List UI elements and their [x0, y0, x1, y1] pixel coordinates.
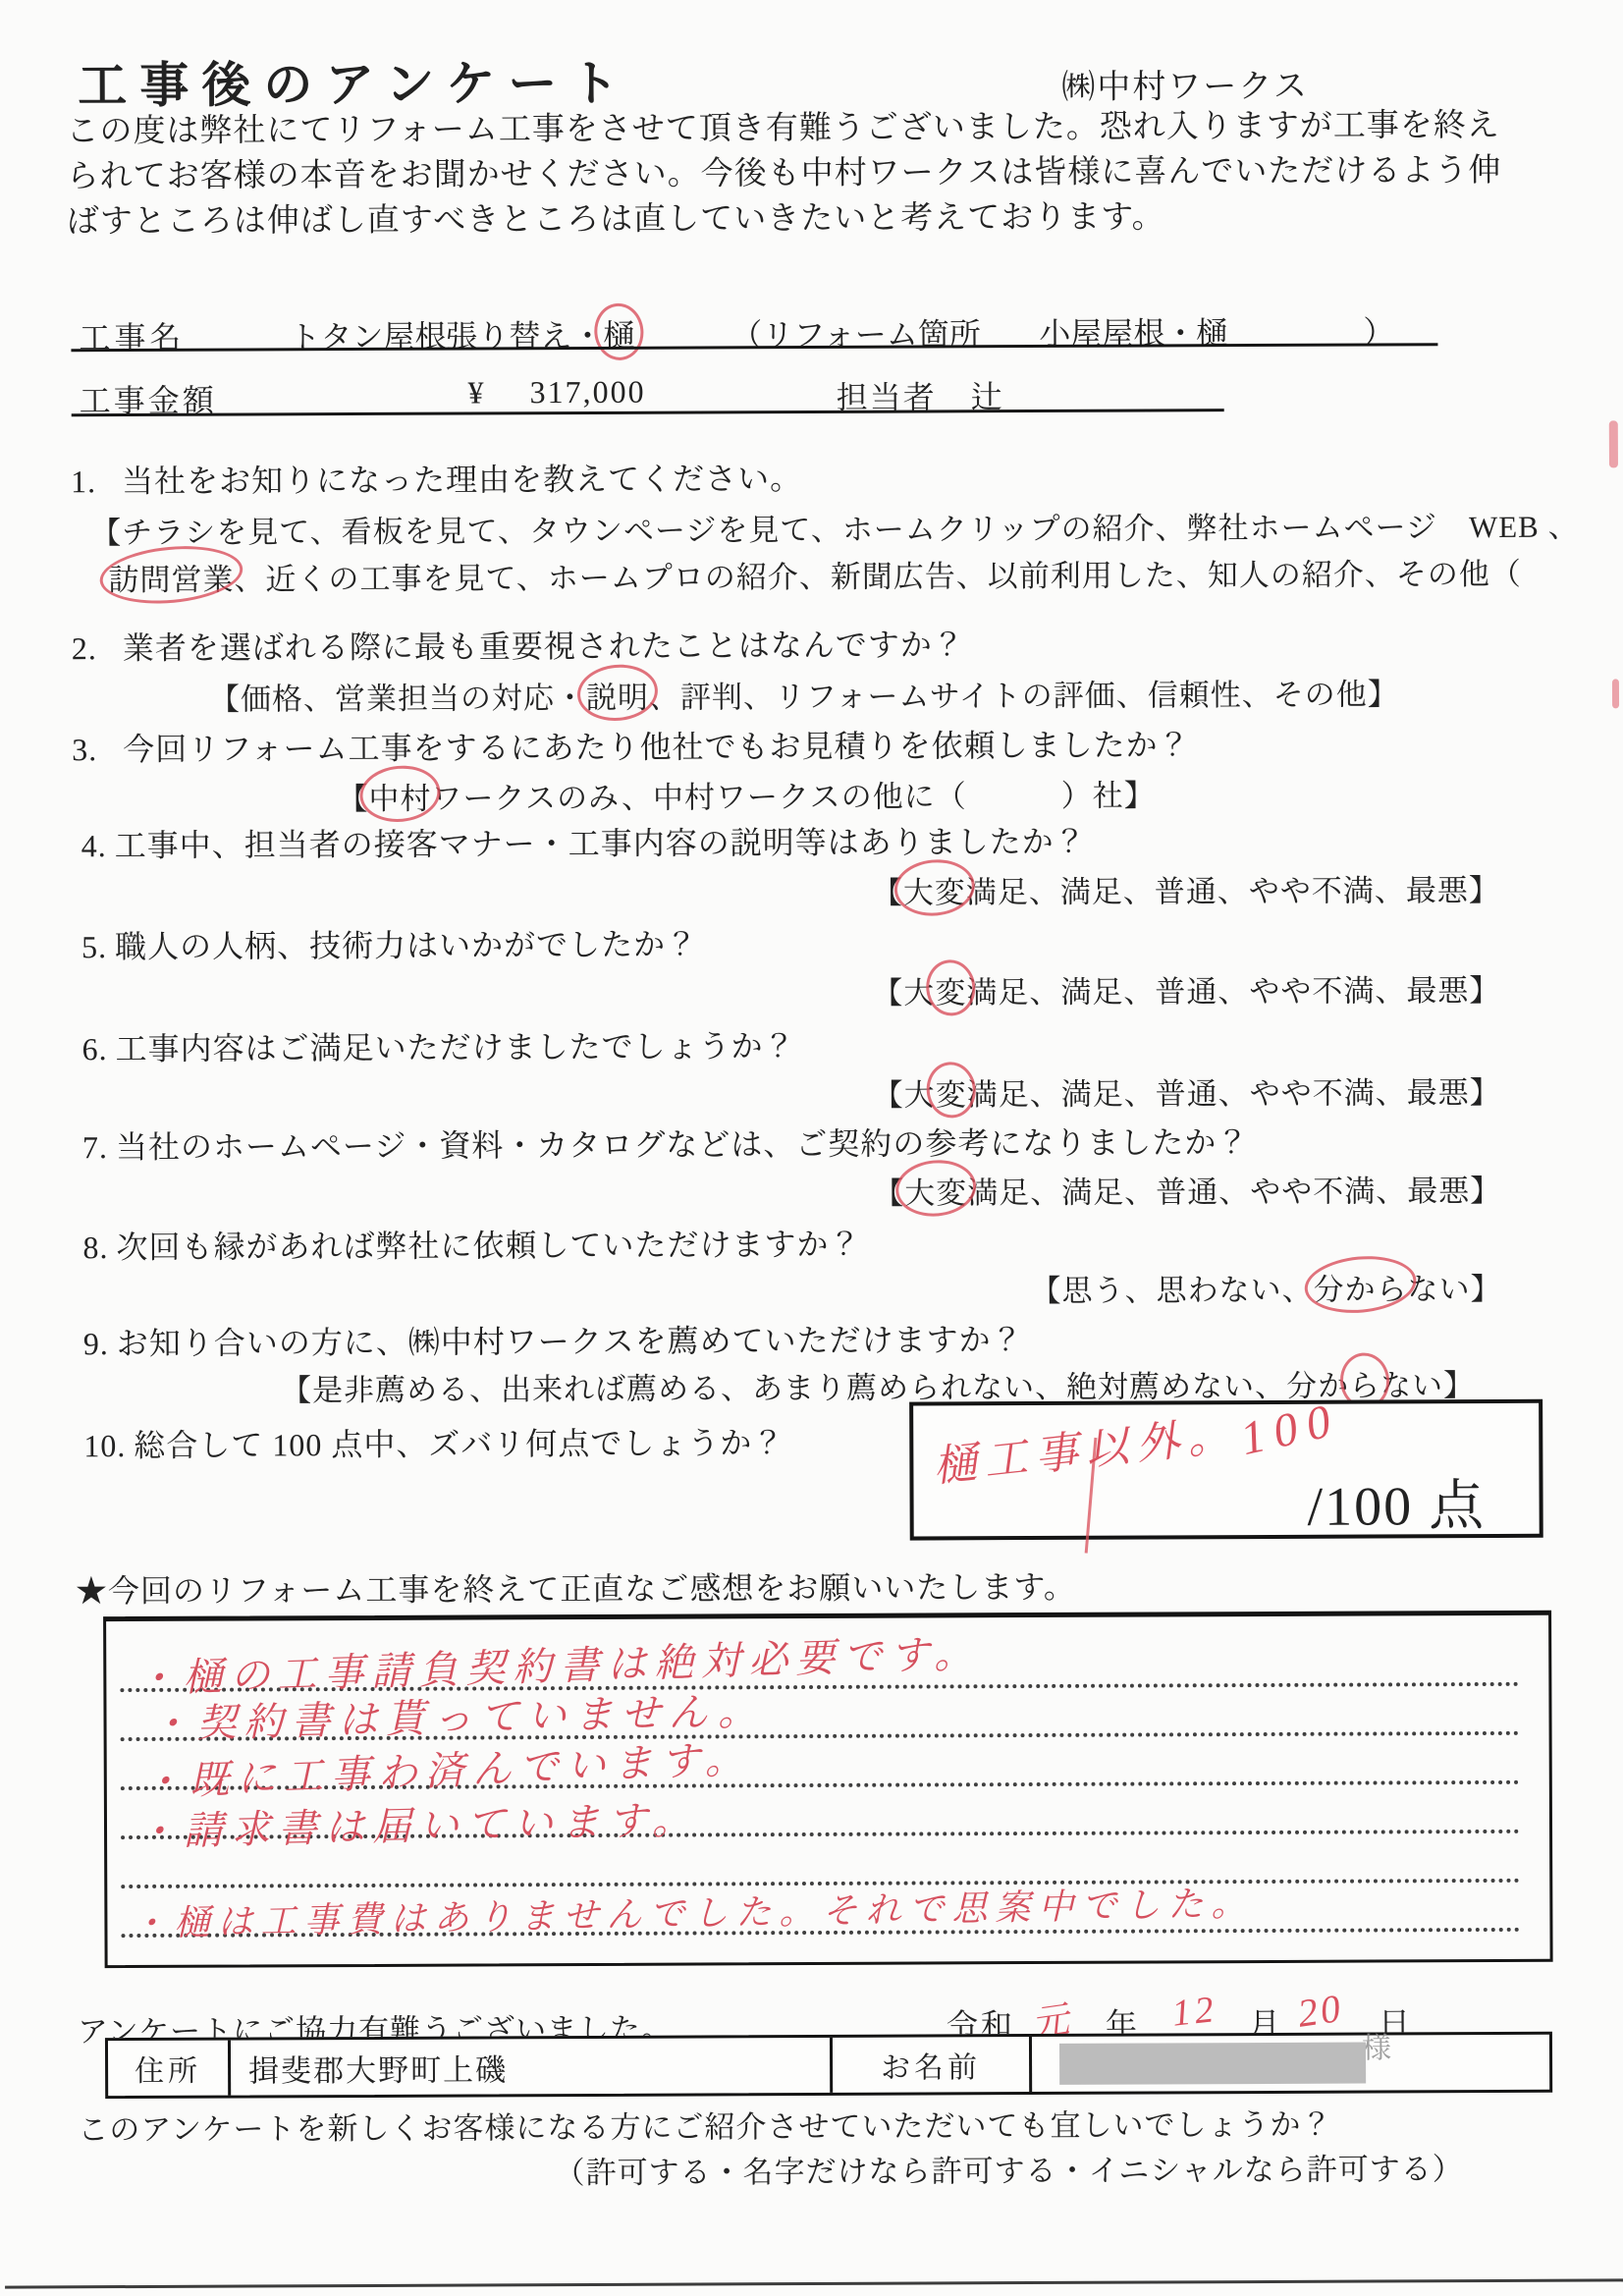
- feedback-box: ・樋の工事請負契約書は絶対必要です。 ・契約書は貰っていません。 ・既に工事わ済…: [103, 1611, 1553, 1968]
- construction-name-label: 工事名: [79, 313, 185, 358]
- text-segment: 【チラシを見て、看板を見て、タウンページを見て、ホームクリップの紹介、弊社ホーム…: [90, 510, 1579, 551]
- question-8-text: 次回も縁があれば弊社に依頼していただけますか？: [116, 1227, 861, 1265]
- text-segment: 満足、満足、普通、やや不満、最悪】: [966, 973, 1500, 1010]
- red-circle-mark: 説明: [586, 673, 649, 717]
- name-suffix-faint: 様: [1362, 2023, 1391, 2066]
- text-segment: ワークスのみ、中村ワークスの他に（ ）社】: [431, 778, 1155, 815]
- name-label: お名前: [833, 2037, 1032, 2093]
- underline-rule: [72, 409, 1224, 416]
- address-label: 住所: [108, 2041, 231, 2097]
- scanned-survey-page: 工事後のアンケート ㈱中村ワークス この度は弊社にてリフォーム工事をさせて頂き有…: [0, 0, 1623, 2296]
- question-1-number: 1.: [71, 464, 96, 499]
- intro-line-3: ばすところは伸ばし直すべきところは直していきたいと考えております。: [67, 193, 1502, 245]
- question-7-options: 【大変満足、満足、普通、やや不満、最悪】: [873, 1166, 1501, 1213]
- red-circle-mark: ら: [1349, 1360, 1380, 1404]
- question-5-number: 5.: [81, 929, 107, 964]
- text-segment: 【: [873, 1176, 904, 1211]
- date-day-value-handwritten: 20: [1295, 1985, 1346, 2037]
- question-9-number: 9.: [83, 1326, 109, 1361]
- permission-question: このアンケートを新しくお客様になる方にご紹介させていただいても宜しいでしょうか？: [78, 2100, 1332, 2150]
- question-9-text: お知り合いの方に、㈱中村ワークスを薦めていただけますか？: [117, 1322, 1024, 1361]
- text-segment: 、近くの工事を見て、ホームプロの紹介、新聞広告、以前利用した、知人の紹介、その他…: [234, 556, 1623, 597]
- question-2: 2.業者を選ばれる際に最も重要視されたことはなんですか？: [72, 620, 965, 669]
- question-4-text: 工事中、担当者の接客マナー・工事内容の説明等はありましたか？: [115, 824, 1087, 863]
- reform-location-value: 小屋屋根・樋: [1039, 308, 1227, 355]
- amount-currency: ¥: [468, 374, 484, 410]
- feedback-line-4: ・請求書は届いています。: [135, 1789, 699, 1857]
- question-8-number: 8.: [82, 1230, 108, 1265]
- text-segment: 【価格、営業担当の対応・: [209, 681, 586, 717]
- address-value: 揖斐郡大野町上磯: [231, 2038, 833, 2096]
- construction-name-value: トタン屋根張り替え・樋: [289, 311, 634, 358]
- red-circle-mark: 中村: [368, 774, 431, 818]
- text-segment: ない】: [1408, 1272, 1502, 1306]
- intro-paragraph: この度は弊社にてリフォーム工事をさせて頂き有難うございました。恐れ入りますが工事…: [66, 103, 1501, 245]
- permission-options: （許可する・名字だけなら許可する・イニシャルなら許可する）: [554, 2144, 1463, 2192]
- question-10-number: 10.: [83, 1428, 126, 1463]
- text-segment: 【大: [872, 975, 935, 1010]
- customer-info-table: 住所 揖斐郡大野町上磯 お名前 様: [105, 2032, 1552, 2099]
- text-segment: 【: [337, 782, 368, 816]
- question-7-text: 当社のホームページ・資料・カタログなどは、ご契約の参考になりましたか？: [116, 1124, 1250, 1165]
- amount-value: 317,000: [530, 374, 646, 411]
- text-segment: ない】: [1380, 1368, 1475, 1402]
- question-8: 8.次回も縁があれば弊社に依頼していただけますか？: [82, 1220, 861, 1268]
- question-1-options-line-1: 【チラシを見て、看板を見て、タウンページを見て、ホームクリップの紹介、弊社ホーム…: [90, 502, 1579, 553]
- question-5-options: 【大変満足、満足、普通、やや不満、最悪】: [872, 965, 1500, 1012]
- red-circle-mark: 訪問営業: [108, 555, 234, 600]
- question-7: 7.当社のホームページ・資料・カタログなどは、ご契約の参考になりましたか？: [82, 1118, 1250, 1168]
- question-2-options: 【価格、営業担当の対応・説明、評判、リフォームサイトの評価、信頼性、その他】: [209, 669, 1399, 718]
- question-6-options: 【大変満足、満足、普通、やや不満、最悪】: [873, 1067, 1501, 1115]
- paper-sheet: 工事後のアンケート ㈱中村ワークス この度は弊社にてリフォーム工事をさせて頂き有…: [0, 0, 1623, 2296]
- question-7-number: 7.: [82, 1129, 108, 1165]
- question-2-text: 業者を選ばれる際に最も重要視されたことはなんですか？: [123, 627, 965, 666]
- question-3: 3.今回リフォーム工事をするにあたり他社でもお見積りを依頼しましたか？: [72, 720, 1191, 770]
- question-1: 1.当社をお知りになった理由を教えてください。: [71, 454, 802, 502]
- text-segment: 【: [872, 876, 903, 910]
- question-6: 6.工事内容はご満足いただけましたでしょうか？: [81, 1021, 795, 1069]
- question-8-options: 【思う、思わない、分からない】: [1031, 1264, 1502, 1310]
- red-circle-mark: 変: [935, 967, 966, 1011]
- red-circle-mark: 変: [936, 1069, 967, 1114]
- text-segment: 満足、満足、普通、やや不満、最悪】: [966, 873, 1500, 909]
- company-name: ㈱中村ワークス: [1061, 59, 1309, 108]
- date-month-value-handwritten: 12: [1170, 1988, 1220, 2036]
- question-1-options-line-2: 訪問営業、近くの工事を見て、ホームプロの紹介、新聞広告、以前利用した、知人の紹介…: [108, 548, 1623, 599]
- question-5: 5.職人の人柄、技術力はいかがでしたか？: [81, 920, 698, 968]
- name-redaction: [1059, 2043, 1366, 2085]
- question-5-text: 職人の人柄、技術力はいかがでしたか？: [115, 927, 698, 965]
- text-segment: 【大: [873, 1077, 936, 1112]
- question-4-options: 【大変満足、満足、普通、やや不満、最悪】: [872, 865, 1500, 912]
- intro-line-1: この度は弊社にてリフォーム工事をさせて頂き有難うございました。恐れ入りますが工事…: [66, 103, 1501, 154]
- red-circle-mark: 大変: [904, 1168, 967, 1212]
- scan-mark: [1609, 420, 1618, 467]
- question-10: 10.総合して 100 点中、ズバリ何点でしょうか？: [83, 1418, 784, 1466]
- text-segment: 【思う、思わない、: [1031, 1273, 1314, 1308]
- scan-mark: [1612, 679, 1619, 708]
- name-cell: 様: [1032, 2035, 1549, 2092]
- question-6-number: 6.: [81, 1031, 107, 1066]
- reform-location-close-paren: ）: [1363, 307, 1394, 353]
- question-3-text: 今回リフォーム工事をするにあたり他社でもお見積りを依頼しましたか？: [123, 727, 1191, 767]
- red-circle-mark: 大変: [903, 867, 966, 911]
- red-circle-mark: 樋: [603, 311, 634, 356]
- question-9: 9.お知り合いの方に、㈱中村ワークスを薦めていただけますか？: [83, 1315, 1024, 1364]
- text-segment: 、評判、リフォームサイトの評価、信頼性、その他】: [649, 677, 1399, 714]
- question-4: 4.工事中、担当者の接客マナー・工事内容の説明等はありましたか？: [81, 817, 1087, 866]
- score-denominator: /100 点: [1307, 1462, 1486, 1542]
- question-2-number: 2.: [72, 630, 97, 666]
- scan-edge-line: [5, 2278, 1623, 2288]
- question-4-number: 4.: [81, 828, 107, 863]
- question-3-number: 3.: [72, 732, 97, 767]
- question-10-text: 総合して 100 点中、ズバリ何点でしょうか？: [134, 1425, 784, 1463]
- text-segment: 満足、満足、普通、やや不満、最悪】: [967, 1075, 1501, 1112]
- form-title: 工事後のアンケート: [78, 44, 631, 117]
- intro-line-2: られてお客様の本音をお聞かせください。今後も中村ワークスは皆様に喜んでいただける…: [67, 148, 1502, 199]
- red-circle-mark: 分から: [1314, 1264, 1408, 1308]
- question-6-text: 工事内容はご満足いただけましたでしょうか？: [115, 1028, 795, 1066]
- feedback-prompt: ★今回のリフォーム工事を終えて正直なご感想をお願いいたします。: [76, 1562, 1076, 1612]
- question-3-options: 【中村ワークスのみ、中村ワークスの他に（ ）社】: [337, 770, 1155, 818]
- text-segment: 満足、満足、普通、やや不満、最悪】: [967, 1174, 1501, 1210]
- reform-location-label: （リフォーム箇所: [730, 309, 981, 355]
- question-1-text: 当社をお知りになった理由を教えてください。: [122, 461, 802, 499]
